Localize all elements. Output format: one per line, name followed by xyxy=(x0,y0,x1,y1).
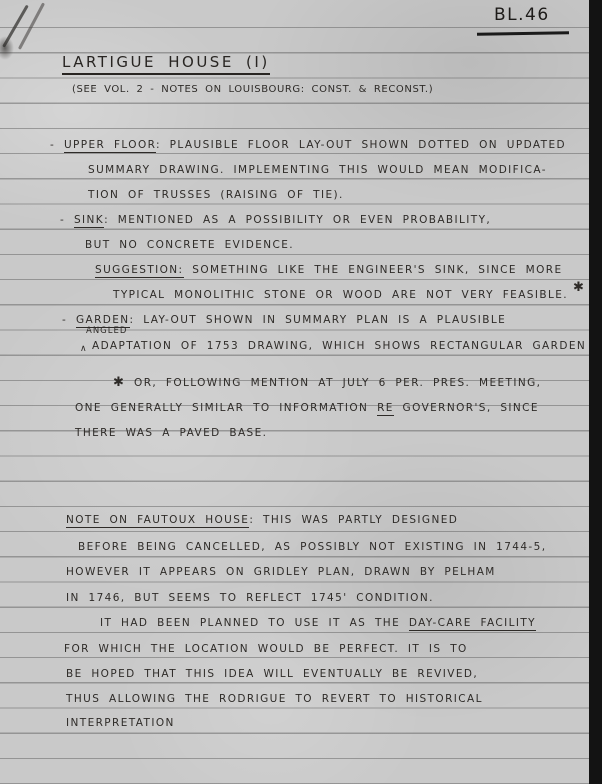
note-garden-line2: ∧ADAPTATION OF 1753 DRAWING, WHICH SHOWS… xyxy=(80,338,586,354)
note-sink-suggestion-line1: SUGGESTION: SOMETHING LIKE THE ENGINEER'… xyxy=(95,262,562,278)
footnote-line1: ✱ OR, FOLLOWING MENTION AT JULY 6 PER. P… xyxy=(113,375,541,391)
note-text: : MENTIONED AS A POSSIBILITY OR EVEN PRO… xyxy=(104,214,491,226)
bullet-dash: - xyxy=(60,214,65,226)
asterisk-mark: ✱ xyxy=(573,280,585,295)
note-fautoux-line3: HOWEVER IT APPEARS ON GRIDLEY PLAN, DRAW… xyxy=(66,564,496,580)
note-fautoux-p2-line3: BE HOPED THAT THIS IDEA WILL EVENTUALLY … xyxy=(66,666,478,682)
note-text: ONE GENERALLY SIMILAR TO INFORMATION xyxy=(75,402,368,414)
note-text: GOVERNOR'S, SINCE xyxy=(403,402,539,414)
underlined-day-care-facility: DAY-CARE FACILITY xyxy=(409,617,536,631)
note-head-sink: SINK xyxy=(74,214,104,228)
note-text: IT HAD BEEN PLANNED TO USE IT AS THE xyxy=(100,617,400,629)
scanned-notebook-page: BL.46 LARTIGUE HOUSE (I) (SEE VOL. 2 - N… xyxy=(0,0,602,784)
note-text: ADAPTATION OF 1753 DRAWING, WHICH SHOWS … xyxy=(92,340,586,352)
note-text: : LAY-OUT SHOWN IN SUMMARY PLAN IS A PLA… xyxy=(130,314,507,326)
page-subtitle: (SEE VOL. 2 - NOTES ON LOUISBOURG: CONST… xyxy=(72,84,433,95)
note-sink-line1: - SINK: MENTIONED AS A POSSIBILITY OR EV… xyxy=(60,212,491,228)
scan-edge-shadow xyxy=(589,0,602,784)
inserted-word-angled: ANGLED xyxy=(86,326,127,336)
note-head-upper-floor: UPPER FLOOR xyxy=(64,139,156,153)
underlined-re: RE xyxy=(377,402,394,416)
note-fautoux-line2: BEFORE BEING CANCELLED, AS POSSIBLY NOT … xyxy=(78,539,546,555)
note-fautoux-line4: IN 1746, BUT SEEMS TO REFLECT 1745' COND… xyxy=(66,590,434,606)
footnote-line2: ONE GENERALLY SIMILAR TO INFORMATION RE … xyxy=(75,400,539,416)
page-reference-number: BL.46 xyxy=(494,5,550,25)
page-title: LARTIGUE HOUSE (I) xyxy=(62,53,270,71)
reference-underline xyxy=(477,31,569,36)
note-head-fautoux: NOTE ON FAUTOUX HOUSE xyxy=(66,514,249,528)
note-text: OR, FOLLOWING MENTION AT JULY 6 PER. PRE… xyxy=(134,377,541,389)
note-fautoux-p2-line1: IT HAD BEEN PLANNED TO USE IT AS THE DAY… xyxy=(100,615,536,631)
note-text: SOMETHING LIKE THE ENGINEER'S SINK, SINC… xyxy=(192,264,562,276)
note-fautoux-p2-line5: INTERPRETATION xyxy=(66,715,175,731)
note-text: TYPICAL MONOLITHIC STONE OR WOOD ARE NOT… xyxy=(113,289,568,301)
ink-smudge xyxy=(0,36,14,60)
note-head-suggestion: SUGGESTION: xyxy=(95,264,184,278)
bullet-dash: - xyxy=(62,314,67,326)
note-text: : THIS WAS PARTLY DESIGNED xyxy=(249,514,458,526)
note-sink-line2: BUT NO CONCRETE EVIDENCE. xyxy=(85,237,294,253)
note-fautoux-p2-line2: FOR WHICH THE LOCATION WOULD BE PERFECT.… xyxy=(64,641,468,657)
footnote-line3: THERE WAS A PAVED BASE. xyxy=(75,425,267,441)
note-upper-floor-line2: SUMMARY DRAWING. IMPLEMENTING THIS WOULD… xyxy=(88,162,547,178)
note-text: : PLAUSIBLE FLOOR LAY-OUT SHOWN DOTTED O… xyxy=(156,139,566,151)
note-garden-line1: - GARDEN: LAY-OUT SHOWN IN SUMMARY PLAN … xyxy=(62,312,506,328)
note-upper-floor-line1: - UPPER FLOOR: PLAUSIBLE FLOOR LAY-OUT S… xyxy=(50,137,566,153)
page-title-text: LARTIGUE HOUSE (I) xyxy=(62,53,270,75)
insertion-caret: ∧ xyxy=(80,344,88,354)
note-sink-suggestion-line2: TYPICAL MONOLITHIC STONE OR WOOD ARE NOT… xyxy=(113,287,585,303)
bullet-dash: - xyxy=(50,139,55,151)
note-fautoux-p2-line4: THUS ALLOWING THE RODRIGUE TO REVERT TO … xyxy=(66,691,483,707)
note-upper-floor-line3: TION OF TRUSSES (RAISING OF TIE). xyxy=(88,187,344,203)
asterisk-mark: ✱ xyxy=(113,375,125,390)
note-fautoux-line1: NOTE ON FAUTOUX HOUSE: THIS WAS PARTLY D… xyxy=(66,512,458,528)
